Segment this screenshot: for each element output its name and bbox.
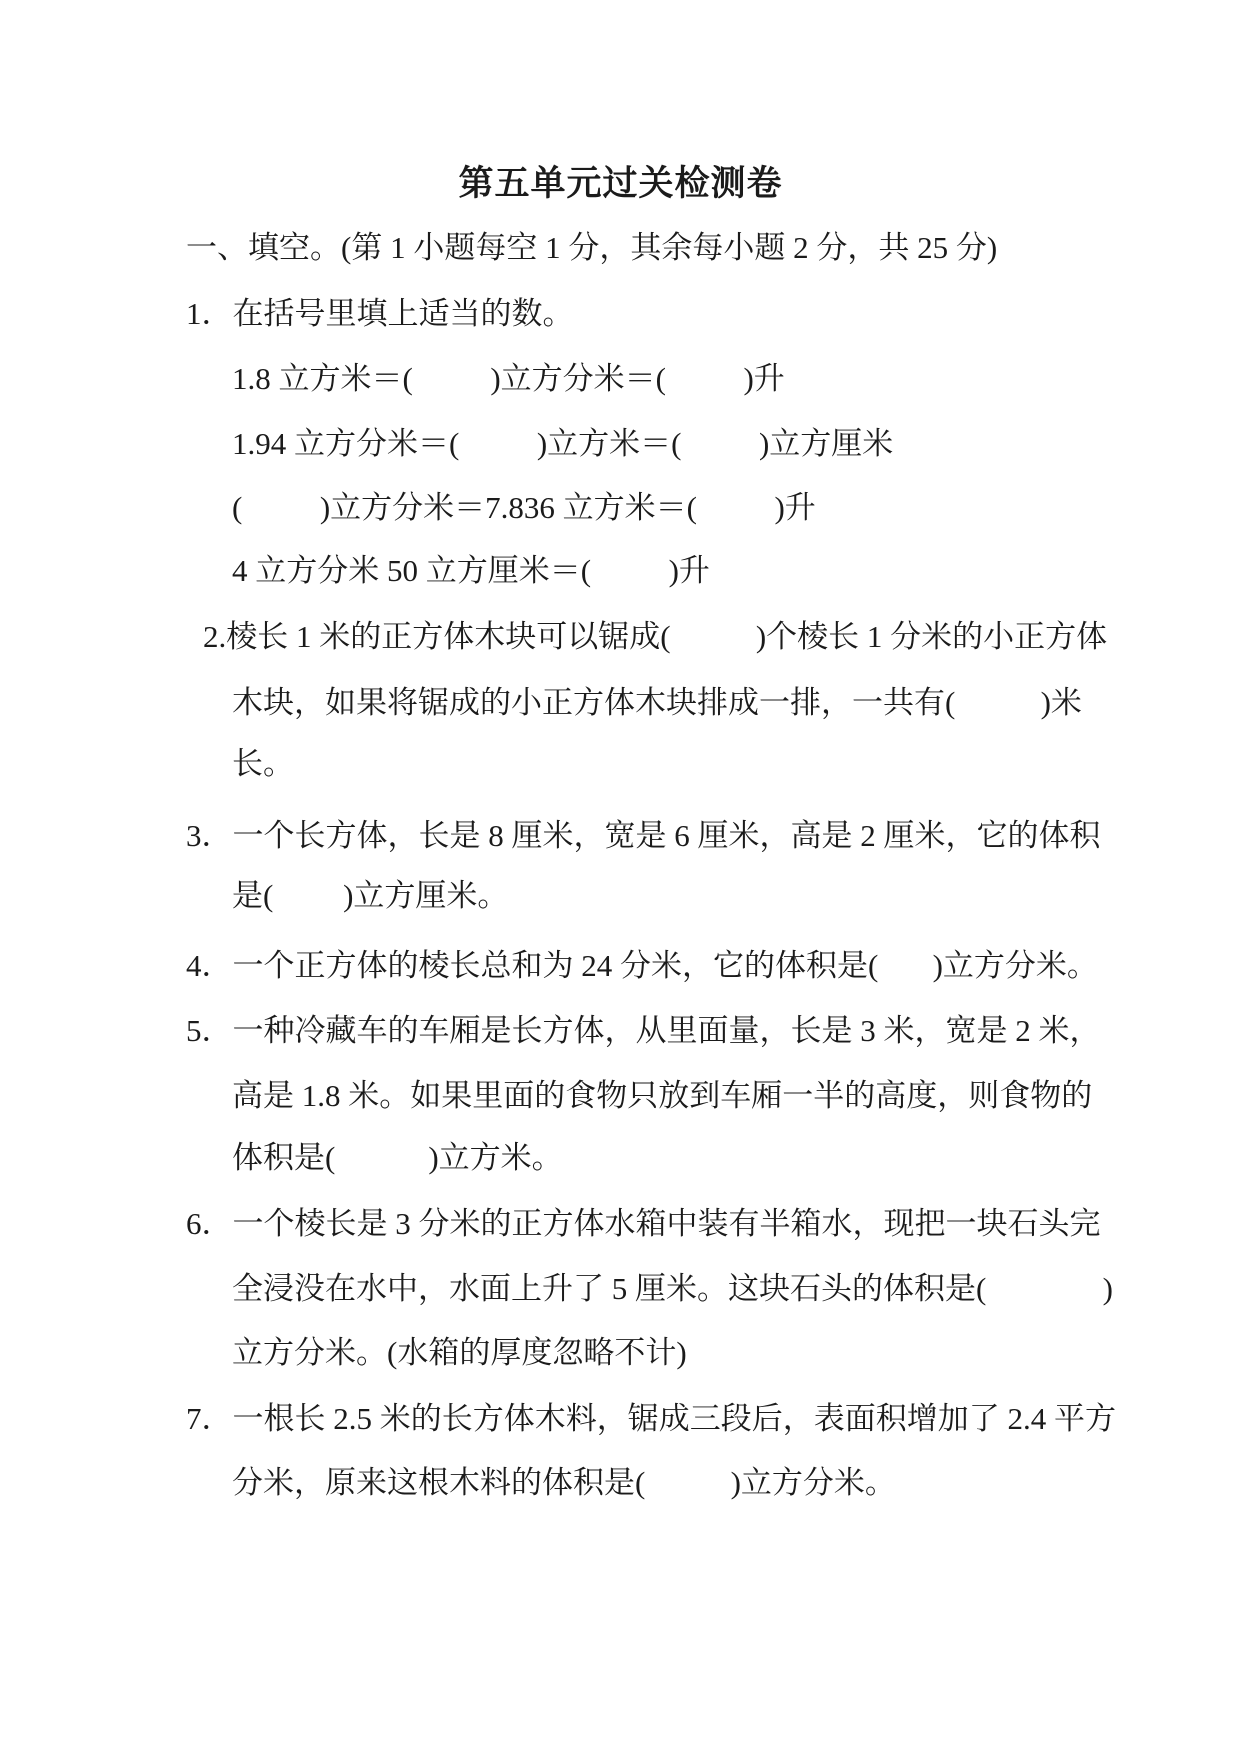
page-title: 第五单元过关检测卷 [0, 151, 1241, 216]
q6-line-3: 立方分米。(水箱的厚度忽略不计) [232, 1320, 687, 1385]
q2-line-1: 2.棱长 1 米的正方体木块可以锯成( )个棱长 1 分米的小正方体 [203, 604, 1107, 669]
q5-line-1: 5．一种冷藏车的车厢是长方体，从里面量，长是 3 米，宽是 2 米， [186, 998, 1101, 1063]
q1-intro-line: 1．在括号里填上适当的数。 [186, 281, 574, 346]
q1-conversion-3: ( )立方分米＝7.836 立方米＝( )升 [232, 475, 816, 540]
q6-line-2: 全浸没在水中，水面上升了 5 厘米。这块石头的体积是( ) [232, 1256, 1113, 1321]
section-1-header: 一、填空。(第 1 小题每空 1 分，其余每小题 2 分，共 25 分) [186, 215, 997, 280]
q2-line-3: 长。 [232, 731, 294, 796]
q2-line-2: 木块，如果将锯成的小正方体木块排成一排，一共有( )米 [232, 670, 1082, 735]
worksheet-page: 第五单元过关检测卷 一、填空。(第 1 小题每空 1 分，其余每小题 2 分，共… [0, 0, 1241, 1755]
q1-conversion-2: 1.94 立方分米＝( )立方米＝( )立方厘米 [232, 411, 893, 476]
q3-line-1: 3．一个长方体，长是 8 厘米，宽是 6 厘米，高是 2 厘米，它的体积 [186, 803, 1101, 868]
q7-line-2: 分米，原来这根木料的体积是( )立方分米。 [232, 1450, 896, 1515]
q6-line-1: 6．一个棱长是 3 分米的正方体水箱中装有半箱水，现把一块石头完 [186, 1191, 1101, 1256]
q1-conversion-1: 1.8 立方米＝( )立方分米＝( )升 [232, 346, 785, 411]
q7-line-1: 7．一根长 2.5 米的长方体木料，锯成三段后，表面积增加了 2.4 平方 [186, 1386, 1116, 1451]
q5-line-3: 体积是( )立方米。 [232, 1125, 563, 1190]
q5-line-2: 高是 1.8 米。如果里面的食物只放到车厢一半的高度，则食物的 [232, 1063, 1092, 1128]
q3-line-2: 是( )立方厘米。 [232, 863, 508, 928]
q4-line-1: 4．一个正方体的棱长总和为 24 分米，它的体积是( )立方分米。 [186, 933, 1098, 998]
q1-conversion-4: 4 立方分米 50 立方厘米＝( )升 [232, 538, 710, 603]
